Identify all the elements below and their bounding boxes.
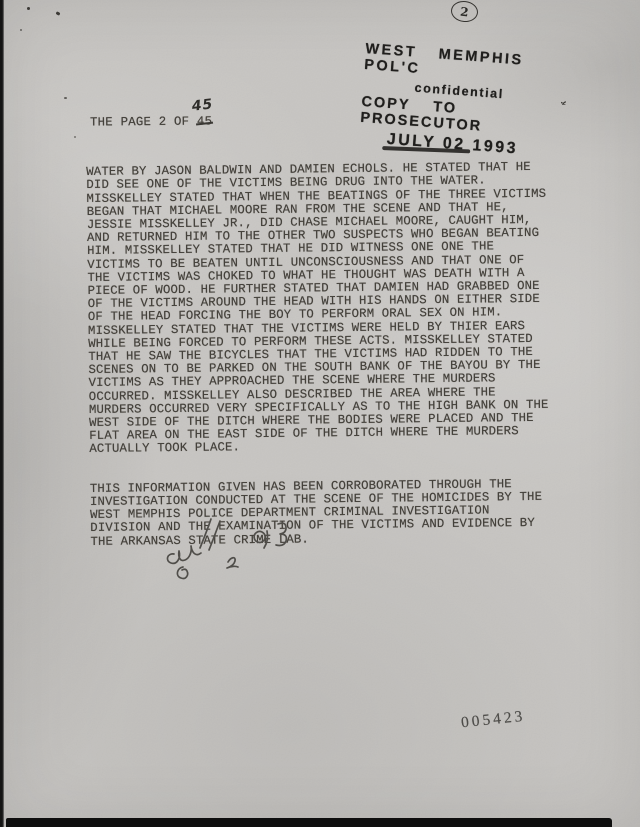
page-header: THE PAGE 2 OF 45 45 bbox=[90, 114, 212, 129]
circled-page-number-value: 2 bbox=[459, 4, 469, 19]
page-total-struck: 45 bbox=[197, 114, 212, 128]
stamp-agency-line: WEST MEMPHIS POL'C bbox=[364, 41, 596, 90]
scanned-document-page: 2 WEST MEMPHIS POL'C confidential COPY T… bbox=[0, 0, 640, 827]
document-body: WATER BY JASON BALDWIN AND DAMIEN ECHOLS… bbox=[86, 147, 583, 562]
handwritten-initials bbox=[158, 512, 318, 590]
dust-speck bbox=[74, 136, 76, 138]
body-paragraph-1: WATER BY JASON BALDWIN AND DAMIEN ECHOLS… bbox=[86, 161, 581, 457]
document-control-number: 005423 bbox=[460, 708, 526, 733]
circled-page-number: 2 bbox=[450, 0, 479, 24]
scan-edge-left bbox=[0, 0, 4, 827]
page-header-text: THE PAGE 2 OF bbox=[90, 115, 189, 130]
confidential-stamp: WEST MEMPHIS POL'C confidential COPY TO … bbox=[358, 41, 595, 164]
page-total-handwritten: 45 bbox=[191, 96, 214, 114]
dust-speck bbox=[64, 97, 67, 99]
dust-speck bbox=[27, 7, 30, 10]
dust-speck bbox=[20, 29, 22, 31]
dust-speck bbox=[56, 11, 61, 16]
scan-edge-bottom bbox=[6, 818, 612, 827]
